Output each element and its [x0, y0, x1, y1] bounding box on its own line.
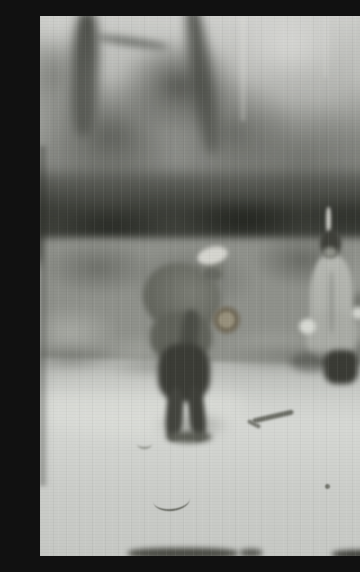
bottom-edge-blob — [240, 549, 262, 556]
light-patch — [352, 307, 360, 319]
bottom-edge-blob — [128, 548, 238, 556]
scratch-dot — [325, 484, 330, 489]
sepia-object — [211, 305, 242, 336]
light-patch — [299, 319, 316, 334]
woman-legs — [324, 350, 358, 384]
film-still-photo — [40, 16, 360, 556]
man-face — [202, 268, 222, 281]
man-feet — [166, 431, 212, 443]
woman-coat-seam — [329, 271, 334, 333]
man-trousers — [158, 344, 210, 402]
film-streak-light — [241, 16, 245, 121]
small-curl-mark — [137, 439, 152, 449]
film-edge-shadow — [40, 146, 49, 486]
film-streak-light — [324, 16, 327, 78]
woman-face — [323, 247, 337, 258]
bottom-edge-blob — [332, 550, 360, 556]
